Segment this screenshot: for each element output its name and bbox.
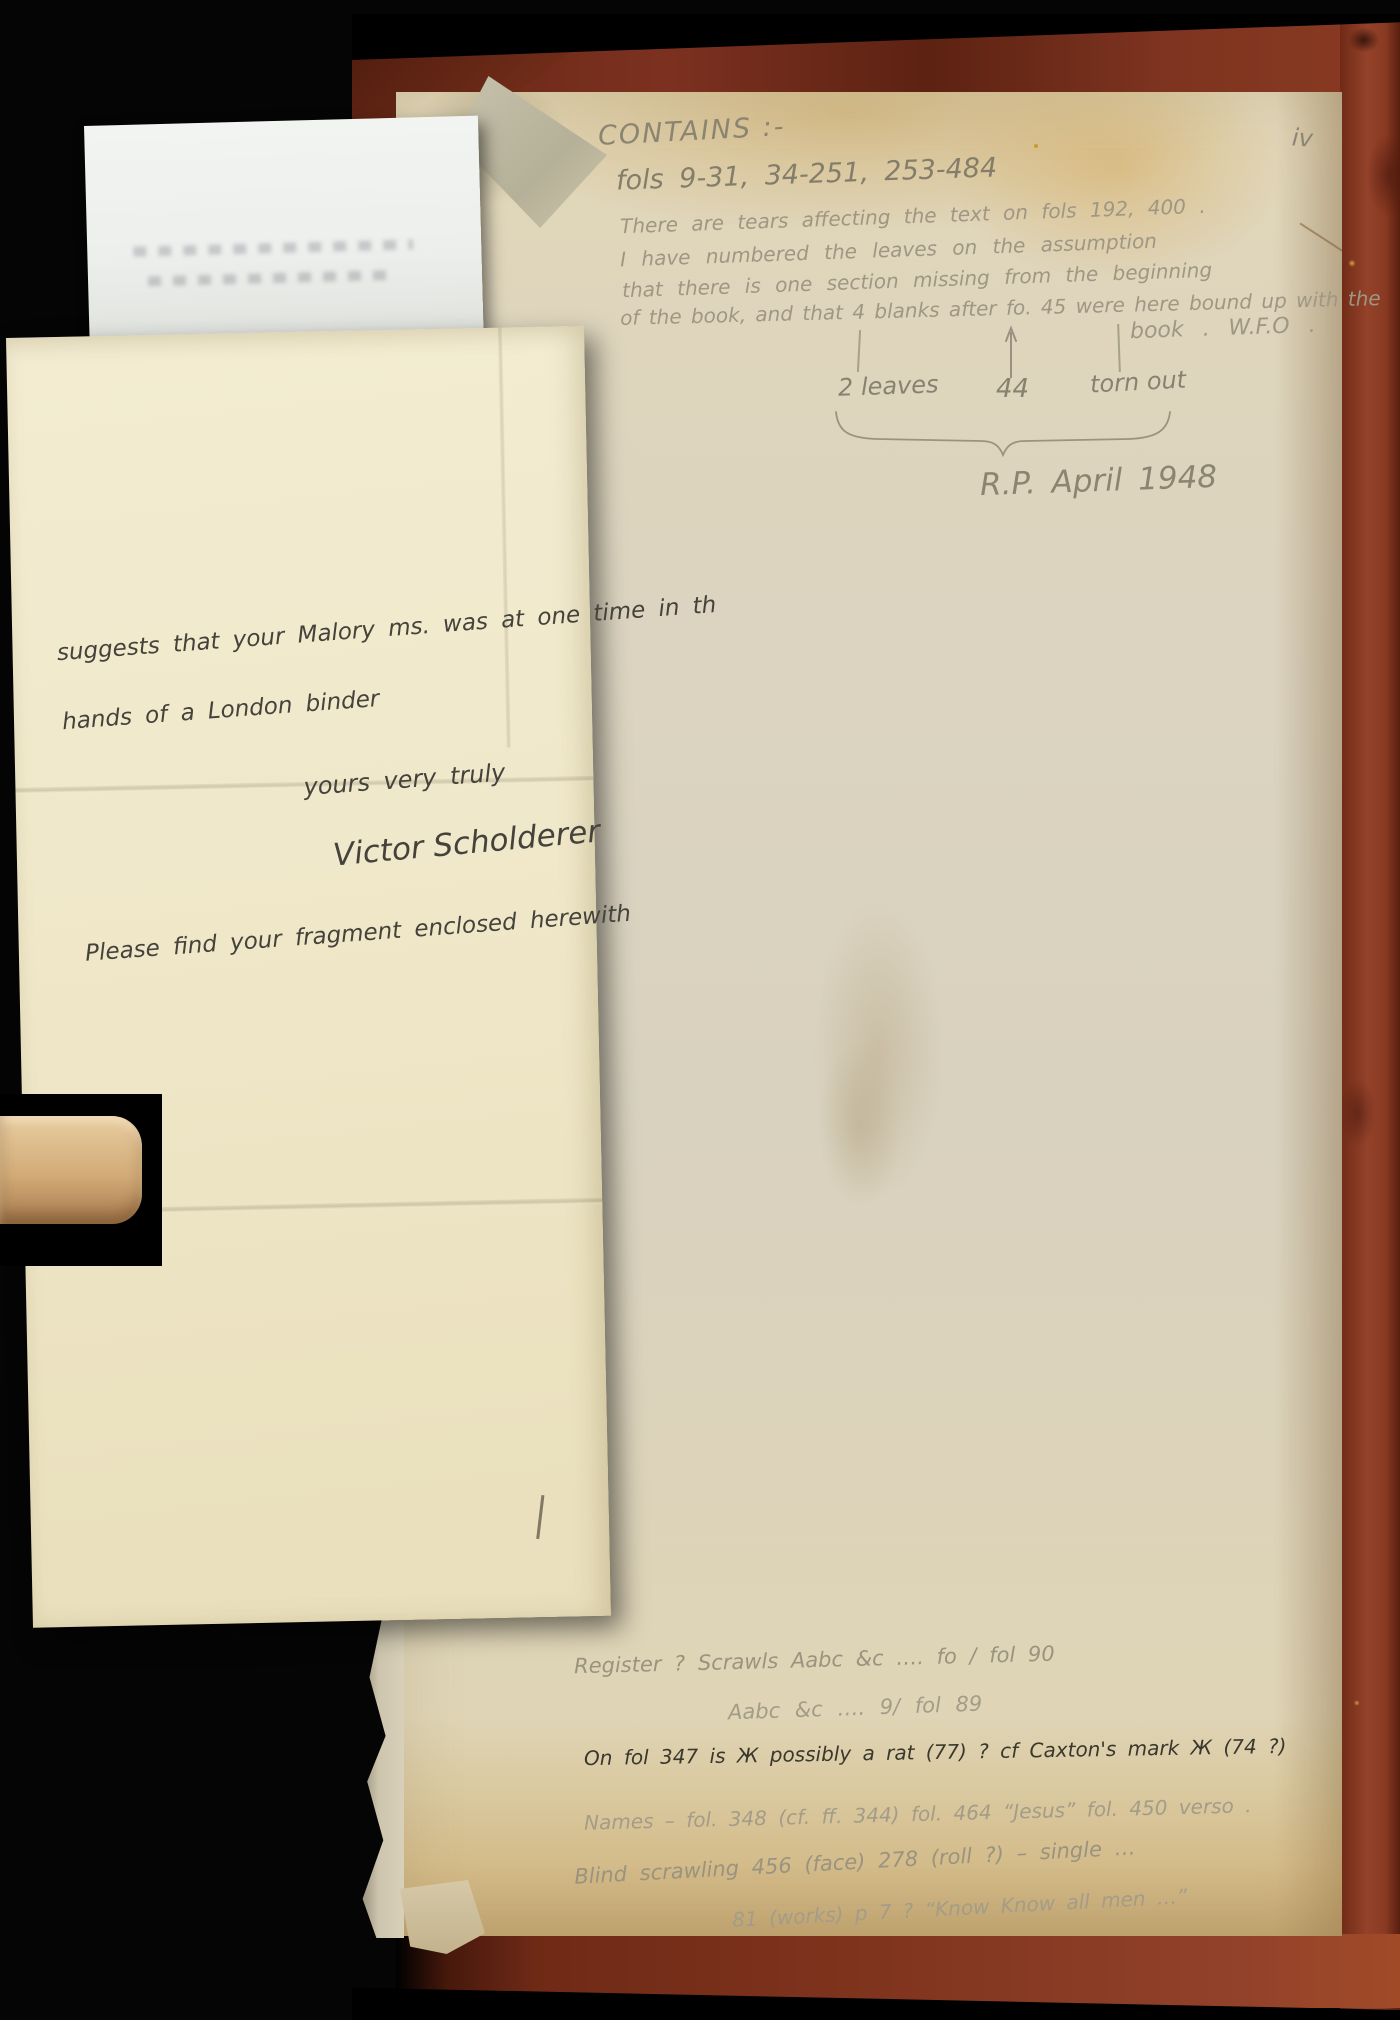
torn-paper-edge xyxy=(358,1612,404,1938)
paper-tear xyxy=(536,1495,544,1539)
letter-valediction: yours very truly xyxy=(303,760,506,799)
leather-spine-strip xyxy=(1340,16,1400,2010)
photo-scene: CONTAINS :- fols 9-31, 34-251, 253-484 T… xyxy=(0,0,1400,2020)
diagram-label-leaves: 2 leaves xyxy=(838,372,939,399)
brace-icon xyxy=(833,408,1175,460)
showthrough-text xyxy=(148,270,388,286)
folio-number: iv xyxy=(1291,125,1313,150)
note-initials-date: R.P. April 1948 xyxy=(980,462,1218,501)
letter-body-line2: hands of a London binder xyxy=(61,688,380,734)
white-paper-slip xyxy=(84,116,484,361)
wooden-clamp xyxy=(0,1116,142,1224)
diagram-label-count: 44 xyxy=(996,376,1029,402)
up-arrow-icon xyxy=(1003,320,1019,382)
letter-sheet: suggests that your Malory ms. was at one… xyxy=(6,326,611,1628)
fold-crease xyxy=(498,328,512,748)
showthrough-text xyxy=(133,239,413,256)
stain-speck xyxy=(1034,144,1038,148)
letter-postscript: Please find your fragment enclosed herew… xyxy=(84,903,631,966)
diagram-label-torn-out: torn out xyxy=(1089,368,1186,397)
letter-signature: Victor Scholderer xyxy=(332,816,602,871)
